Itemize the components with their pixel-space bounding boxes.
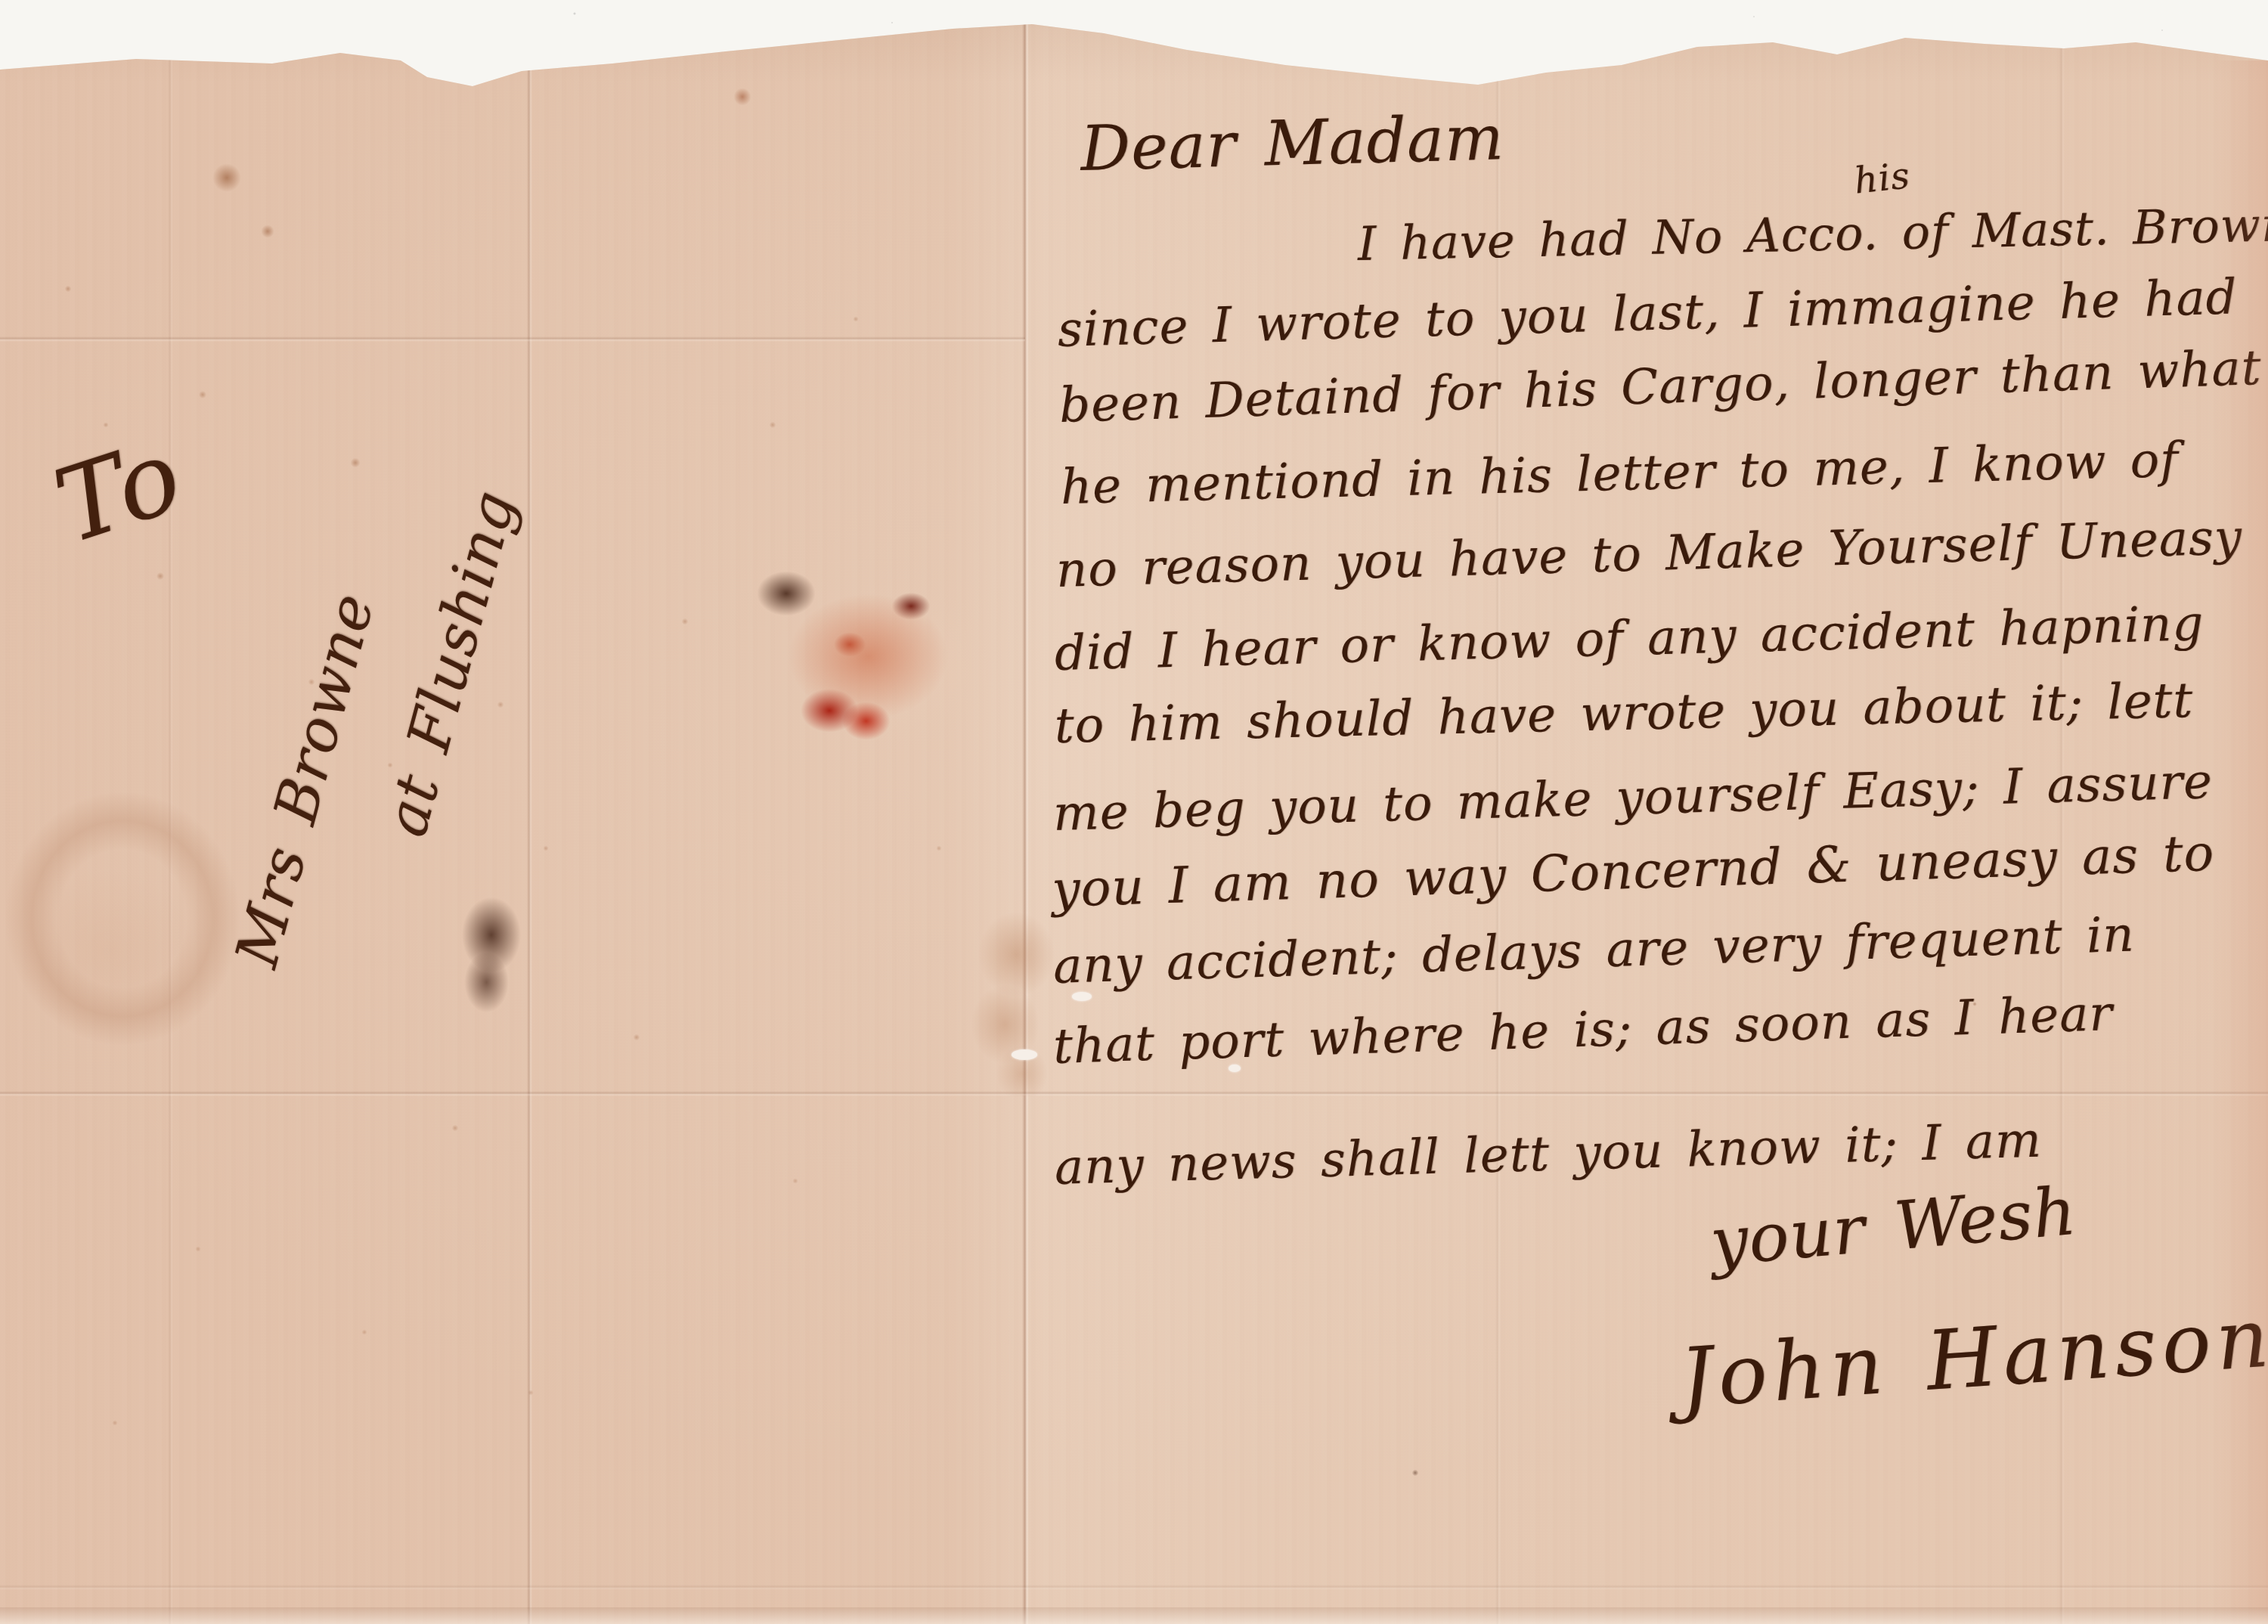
bottom-paper-edge (0, 1607, 2268, 1624)
letter-line: any news shall lett you know it; I am (1054, 1113, 2043, 1196)
fold-crease-horizontal-main (0, 1091, 2268, 1096)
letter-line: you I am no way Concernd & uneasy as to (1051, 824, 2215, 919)
letter-line: did I hear or know of any accident hapni… (1054, 596, 2204, 682)
water-stain (0, 786, 272, 1051)
right-edge-tint (2215, 60, 2268, 1624)
letter-line: to him should have wrote you about it; l… (1054, 673, 2194, 755)
torn-top-edge (0, 0, 2268, 113)
letter-salutation: Dear Madam (1080, 102, 1505, 185)
letter-line: that port where he is; as soon as I hear (1052, 986, 2114, 1075)
fold-stain (954, 907, 1067, 1096)
scanned-letter: To Mrs Browne at Flushing Dear Madam his… (0, 0, 2268, 1624)
letter-line: no reason you have to Make Yourself Unea… (1055, 510, 2243, 599)
letter-line: been Detaind for his Cargo, longer than … (1058, 340, 2262, 434)
letter-opening-line: I have had No Acco. of Mast. Brown (1357, 197, 2268, 271)
ink-blot (442, 885, 541, 1028)
fold-crease-horizontal-lower (0, 1585, 2268, 1590)
letter-line: since I wrote to you last, I immagine he… (1057, 269, 2239, 358)
fold-crease-vertical-center (1022, 23, 1029, 1624)
fold-crease-vertical-panel (527, 23, 532, 1624)
letter-line: any accident; delays are very frequent i… (1052, 907, 2136, 995)
fold-crease-vertical-left (168, 23, 173, 1624)
address-recipient: Mrs Browne (223, 587, 388, 975)
red-wax-seal-remnant (782, 578, 987, 752)
letter-inserted-word: his (1852, 154, 1912, 202)
letter-paper: To Mrs Browne at Flushing Dear Madam his… (0, 0, 2268, 1624)
paper-nick (1012, 1049, 1037, 1060)
letter-line: he mentiond in his letter to me, I know … (1060, 432, 2180, 516)
letter-closing: your Wesh (1707, 1172, 2080, 1282)
ink-smudge (745, 559, 828, 628)
address-location: at Flushing (372, 484, 529, 844)
letter-signature: John Hanson (1677, 1291, 2268, 1427)
address-to-label: To (42, 416, 195, 567)
fold-crease-horizontal-upper (0, 336, 1025, 342)
